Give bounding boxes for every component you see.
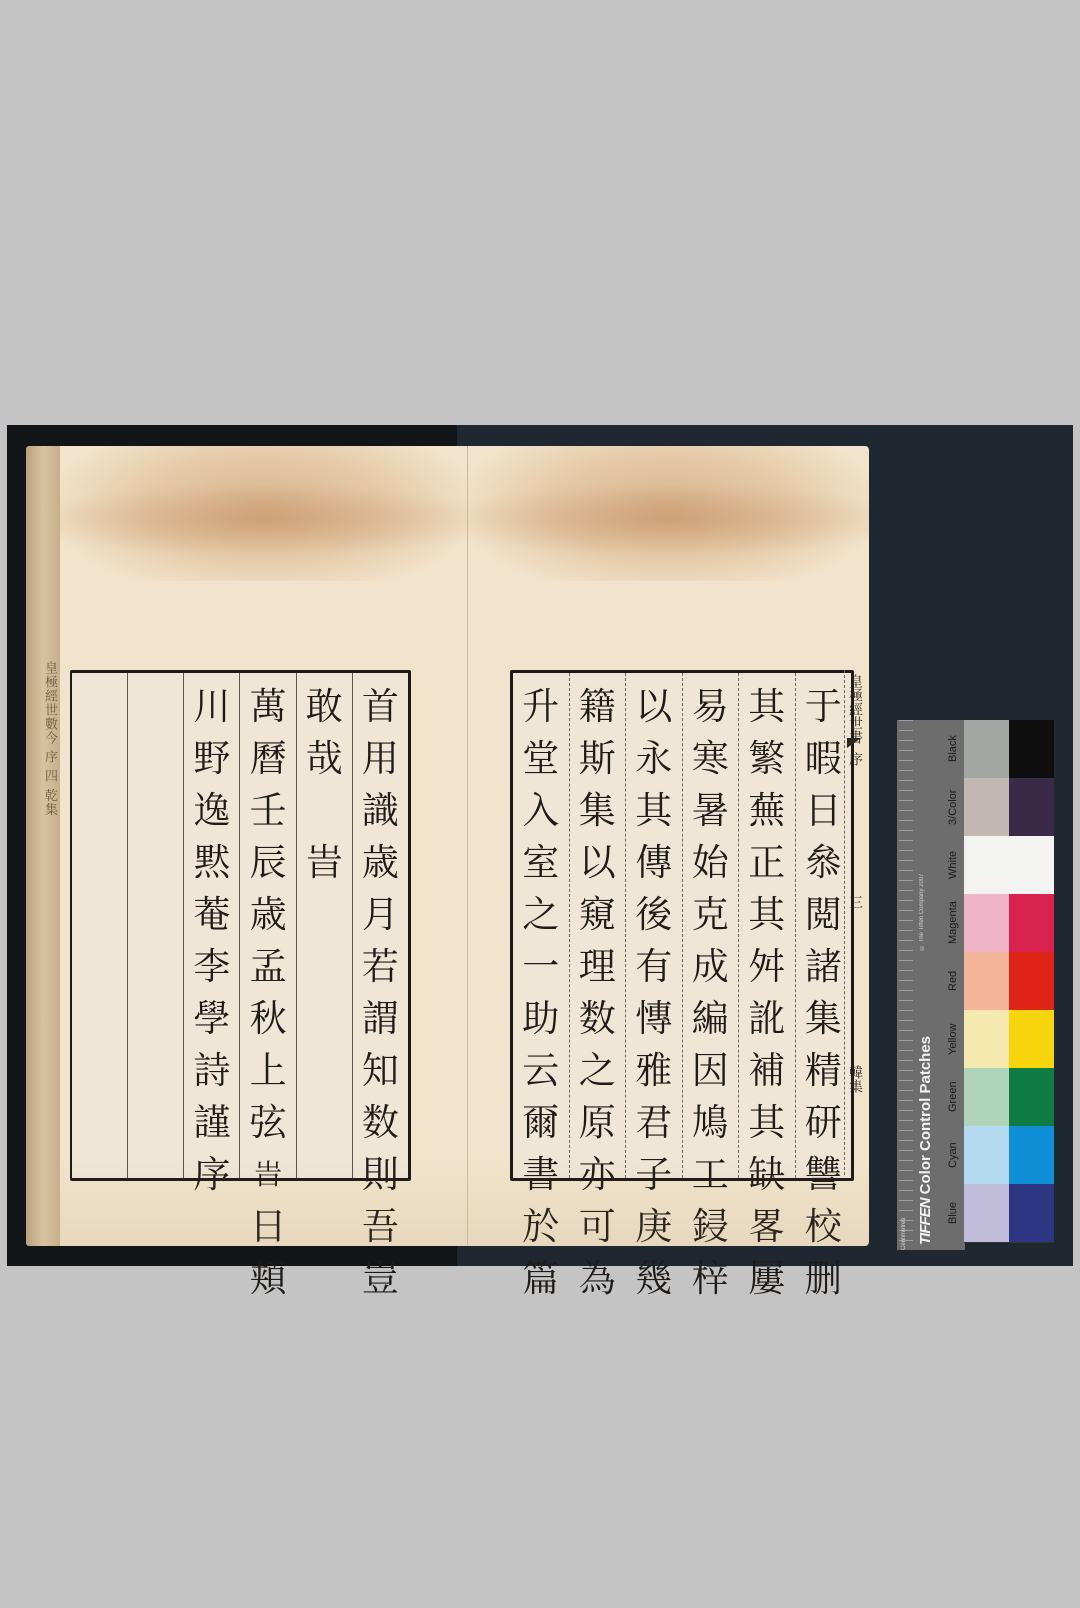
fold-section: 序 — [847, 752, 863, 766]
left-page: 首用識歳月若謂知数則吾豈 敢哉旹 萬曆壬辰歳孟秋上弦旹日頬 川野逸黙菴李學詩謹序 — [60, 446, 468, 1246]
glyph: 為 — [579, 1253, 616, 1305]
ruler-unit-label: Centimetres — [901, 1190, 911, 1250]
glyph: 雅 — [635, 1045, 672, 1097]
glyph: 克 — [692, 889, 729, 941]
patch-label: Black — [942, 720, 964, 778]
glyph: 屢 — [748, 1253, 785, 1305]
text-column — [72, 673, 127, 1178]
patch-dark — [1009, 894, 1054, 953]
patch-light — [964, 1068, 1009, 1127]
text-column: 萬曆壬辰歳孟秋上弦旹日頬 — [239, 673, 295, 1178]
glyph: 歳 — [250, 889, 287, 941]
text-column: 于暇日叅閲諸集精研讐校删 — [795, 673, 852, 1178]
patch-label: Blue — [942, 1184, 964, 1242]
text-column: 首用識歳月若謂知数則吾豈 — [352, 673, 408, 1178]
glyph: 訛 — [748, 993, 785, 1045]
glyph: 其 — [635, 785, 672, 837]
glyph: 鳩 — [692, 1097, 729, 1149]
color-patch-row: Red — [942, 952, 1055, 1010]
glyph: 月 — [362, 889, 399, 941]
right-page-text-frame: 于暇日叅閲諸集精研讐校删 其繁蕪正其舛訛補其缺畧屢 易寒暑始克成編因鳩工鋟梓 以… — [510, 670, 854, 1181]
color-patch-row: Black — [942, 720, 1055, 778]
glyph: 室 — [522, 837, 559, 889]
fold-bottom-label: 韓集 — [847, 1065, 863, 1093]
glyph: 永 — [635, 733, 672, 785]
left-page-columns: 首用識歳月若謂知数則吾豈 敢哉旹 萬曆壬辰歳孟秋上弦旹日頬 川野逸黙菴李學詩謹序 — [72, 673, 408, 1178]
glyph: 因 — [692, 1045, 729, 1097]
water-stain-tideline — [60, 466, 467, 556]
glyph: 其 — [748, 889, 785, 941]
color-patch-row: 3/Color — [942, 778, 1055, 836]
glyph: 敢 — [306, 681, 343, 733]
fold-book-title: 皇極經世書 — [847, 674, 863, 744]
patch-label: White — [942, 836, 964, 894]
glyph: 黙 — [193, 837, 230, 889]
text-column: 川野逸黙菴李學詩謹序 — [183, 673, 239, 1178]
glyph: 易 — [692, 681, 729, 733]
glyph: 原 — [579, 1097, 616, 1149]
color-patch-row: Cyan — [942, 1126, 1055, 1184]
chart-copyright: © The Tiffen Company 2007 — [919, 820, 931, 950]
glyph: 閲 — [805, 889, 842, 941]
glyph: 始 — [692, 837, 729, 889]
text-column: 升堂入室之一助云爾書於篇 — [513, 673, 569, 1178]
glyph: 逸 — [193, 785, 230, 837]
page-shading — [468, 1156, 869, 1246]
glyph: 歳 — [362, 837, 399, 889]
glyph: 川 — [193, 681, 230, 733]
patch-light — [964, 894, 1009, 953]
glyph: 舛 — [748, 941, 785, 993]
glyph: 有 — [635, 941, 672, 993]
glyph: 謂 — [362, 993, 399, 1045]
glyph: 其 — [748, 1097, 785, 1149]
glyph: 斯 — [579, 733, 616, 785]
glyph: 成 — [692, 941, 729, 993]
glyph: 梓 — [692, 1253, 729, 1305]
glyph: 窺 — [579, 889, 616, 941]
glyph: 哉 — [306, 733, 343, 785]
patch-dark — [1009, 836, 1054, 895]
patch-light — [964, 836, 1009, 895]
patch-dark — [1009, 1184, 1054, 1243]
color-patch-row: Yellow — [942, 1010, 1055, 1068]
patch-label: Cyan — [942, 1126, 964, 1184]
glyph: 補 — [748, 1045, 785, 1097]
glyph: 後 — [635, 889, 672, 941]
glyph: 篇 — [522, 1253, 559, 1305]
chart-brand-title: TIFFEN Color Control Patches — [917, 945, 939, 1245]
tiffen-logo: TIFFEN — [917, 1199, 934, 1246]
text-column: 易寒暑始克成編因鳩工鋟梓 — [682, 673, 739, 1178]
glyph: 李 — [193, 941, 230, 993]
patch-dark — [1009, 1010, 1054, 1069]
glyph: 堂 — [522, 733, 559, 785]
glyph: 繁 — [748, 733, 785, 785]
glyph: 辰 — [250, 837, 287, 889]
glyph: 編 — [692, 993, 729, 1045]
glyph: 数 — [362, 1097, 399, 1149]
patch-dark — [1009, 952, 1054, 1011]
patch-light — [964, 778, 1009, 837]
patch-label: 3/Color — [942, 778, 964, 836]
chart-title: Color Control Patches — [917, 1036, 934, 1194]
text-column: 以永其傳後有慱雅君子庚幾 — [625, 673, 682, 1178]
glyph: 集 — [579, 785, 616, 837]
banxin-fold-margin: 皇極經世書 序 三 韓集 — [844, 670, 865, 1175]
glyph: 爾 — [522, 1097, 559, 1149]
text-column — [127, 673, 183, 1178]
glyph: 曆 — [250, 733, 287, 785]
glyph: 君 — [635, 1097, 672, 1149]
glyph: 學 — [193, 993, 230, 1045]
glyph: 諸 — [805, 941, 842, 993]
glyph: 慱 — [635, 993, 672, 1045]
glyph: 数 — [579, 993, 616, 1045]
glyph: 壬 — [250, 785, 287, 837]
glyph: 之 — [579, 1045, 616, 1097]
patch-dark — [1009, 1068, 1054, 1127]
patch-dark — [1009, 720, 1054, 779]
glyph: 正 — [748, 837, 785, 889]
glyph: 寒 — [692, 733, 729, 785]
right-page-columns: 于暇日叅閲諸集精研讐校删 其繁蕪正其舛訛補其缺畧屢 易寒暑始克成編因鳩工鋟梓 以… — [513, 673, 851, 1178]
glyph: 野 — [193, 733, 230, 785]
glyph: 豈 — [362, 1253, 399, 1305]
glyph: 以 — [579, 837, 616, 889]
glyph: 研 — [805, 1097, 842, 1149]
glyph: 暇 — [805, 733, 842, 785]
glyph: 若 — [362, 941, 399, 993]
patch-label: Magenta — [942, 894, 964, 952]
glyph: 識 — [362, 785, 399, 837]
glyph: 知 — [362, 1045, 399, 1097]
glyph: 謹 — [193, 1097, 230, 1149]
ruler-ticks — [899, 720, 913, 1250]
glyph: 籍 — [579, 681, 616, 733]
glyph: 暑 — [692, 785, 729, 837]
spine-edge-title: 皇極經世數今 序 四 乾集 — [30, 661, 56, 816]
glyph: 叅 — [805, 837, 842, 889]
glyph: 云 — [522, 1045, 559, 1097]
glyph: 升 — [522, 681, 559, 733]
patch-label: Green — [942, 1068, 964, 1126]
patch-label: Red — [942, 952, 964, 1010]
patch-light — [964, 1126, 1009, 1185]
glyph: 旹 — [306, 837, 343, 889]
patch-light — [964, 952, 1009, 1011]
book-fore-edge: 皇極經世數今 序 四 乾集 — [26, 446, 60, 1246]
color-patch-row: Green — [942, 1068, 1055, 1126]
glyph: 孟 — [250, 941, 287, 993]
glyph: 詩 — [193, 1045, 230, 1097]
glyph: 日 — [805, 785, 842, 837]
text-column: 籍斯集以窺理数之原亦可為 — [569, 673, 626, 1178]
patch-light — [964, 720, 1009, 779]
glyph: 秋 — [250, 993, 287, 1045]
glyph: 精 — [805, 1045, 842, 1097]
color-patch-row: Magenta — [942, 894, 1055, 952]
glyph: 集 — [805, 993, 842, 1045]
glyph: 于 — [805, 681, 842, 733]
glyph: 用 — [362, 733, 399, 785]
glyph: 首 — [362, 681, 399, 733]
patch-light — [964, 1184, 1009, 1243]
fold-page-number: 三 — [847, 895, 863, 909]
patch-light — [964, 1010, 1009, 1069]
glyph: 删 — [805, 1253, 842, 1305]
page-shading — [60, 1156, 467, 1246]
glyph: 幾 — [635, 1253, 672, 1305]
glyph: 其 — [748, 681, 785, 733]
glyph: 傳 — [635, 837, 672, 889]
glyph: 理 — [579, 941, 616, 993]
glyph: 入 — [522, 785, 559, 837]
left-page-text-frame: 首用識歳月若謂知数則吾豈 敢哉旹 萬曆壬辰歳孟秋上弦旹日頬 川野逸黙菴李學詩謹序 — [70, 670, 411, 1181]
patch-label: Yellow — [942, 1010, 964, 1068]
right-page: 于暇日叅閲諸集精研讐校删 其繁蕪正其舛訛補其缺畧屢 易寒暑始克成編因鳩工鋟梓 以… — [468, 446, 869, 1246]
color-patch-row: Blue — [942, 1184, 1055, 1242]
text-column: 敢哉旹 — [296, 673, 352, 1178]
patch-dark — [1009, 1126, 1054, 1185]
glyph: 上 — [250, 1045, 287, 1097]
glyph: 之 — [522, 889, 559, 941]
glyph: 弦 — [250, 1097, 287, 1149]
glyph: 助 — [522, 993, 559, 1045]
open-book: 皇極經世數今 序 四 乾集 首用識歳月若謂知数則吾豈 敢哉旹 萬曆壬辰歳孟秋上弦… — [26, 446, 844, 1246]
tiffen-color-chart: © The Tiffen Company 2007 TIFFEN Color C… — [897, 720, 1055, 1250]
glyph: 頬 — [250, 1253, 287, 1305]
text-column: 其繁蕪正其舛訛補其缺畧屢 — [738, 673, 795, 1178]
color-patch-row: White — [942, 836, 1055, 894]
glyph: 以 — [635, 681, 672, 733]
glyph: 菴 — [193, 889, 230, 941]
glyph: 萬 — [250, 681, 287, 733]
glyph: 蕪 — [748, 785, 785, 837]
patch-dark — [1009, 778, 1054, 837]
water-stain-tideline — [468, 466, 869, 556]
glyph: 一 — [522, 941, 559, 993]
